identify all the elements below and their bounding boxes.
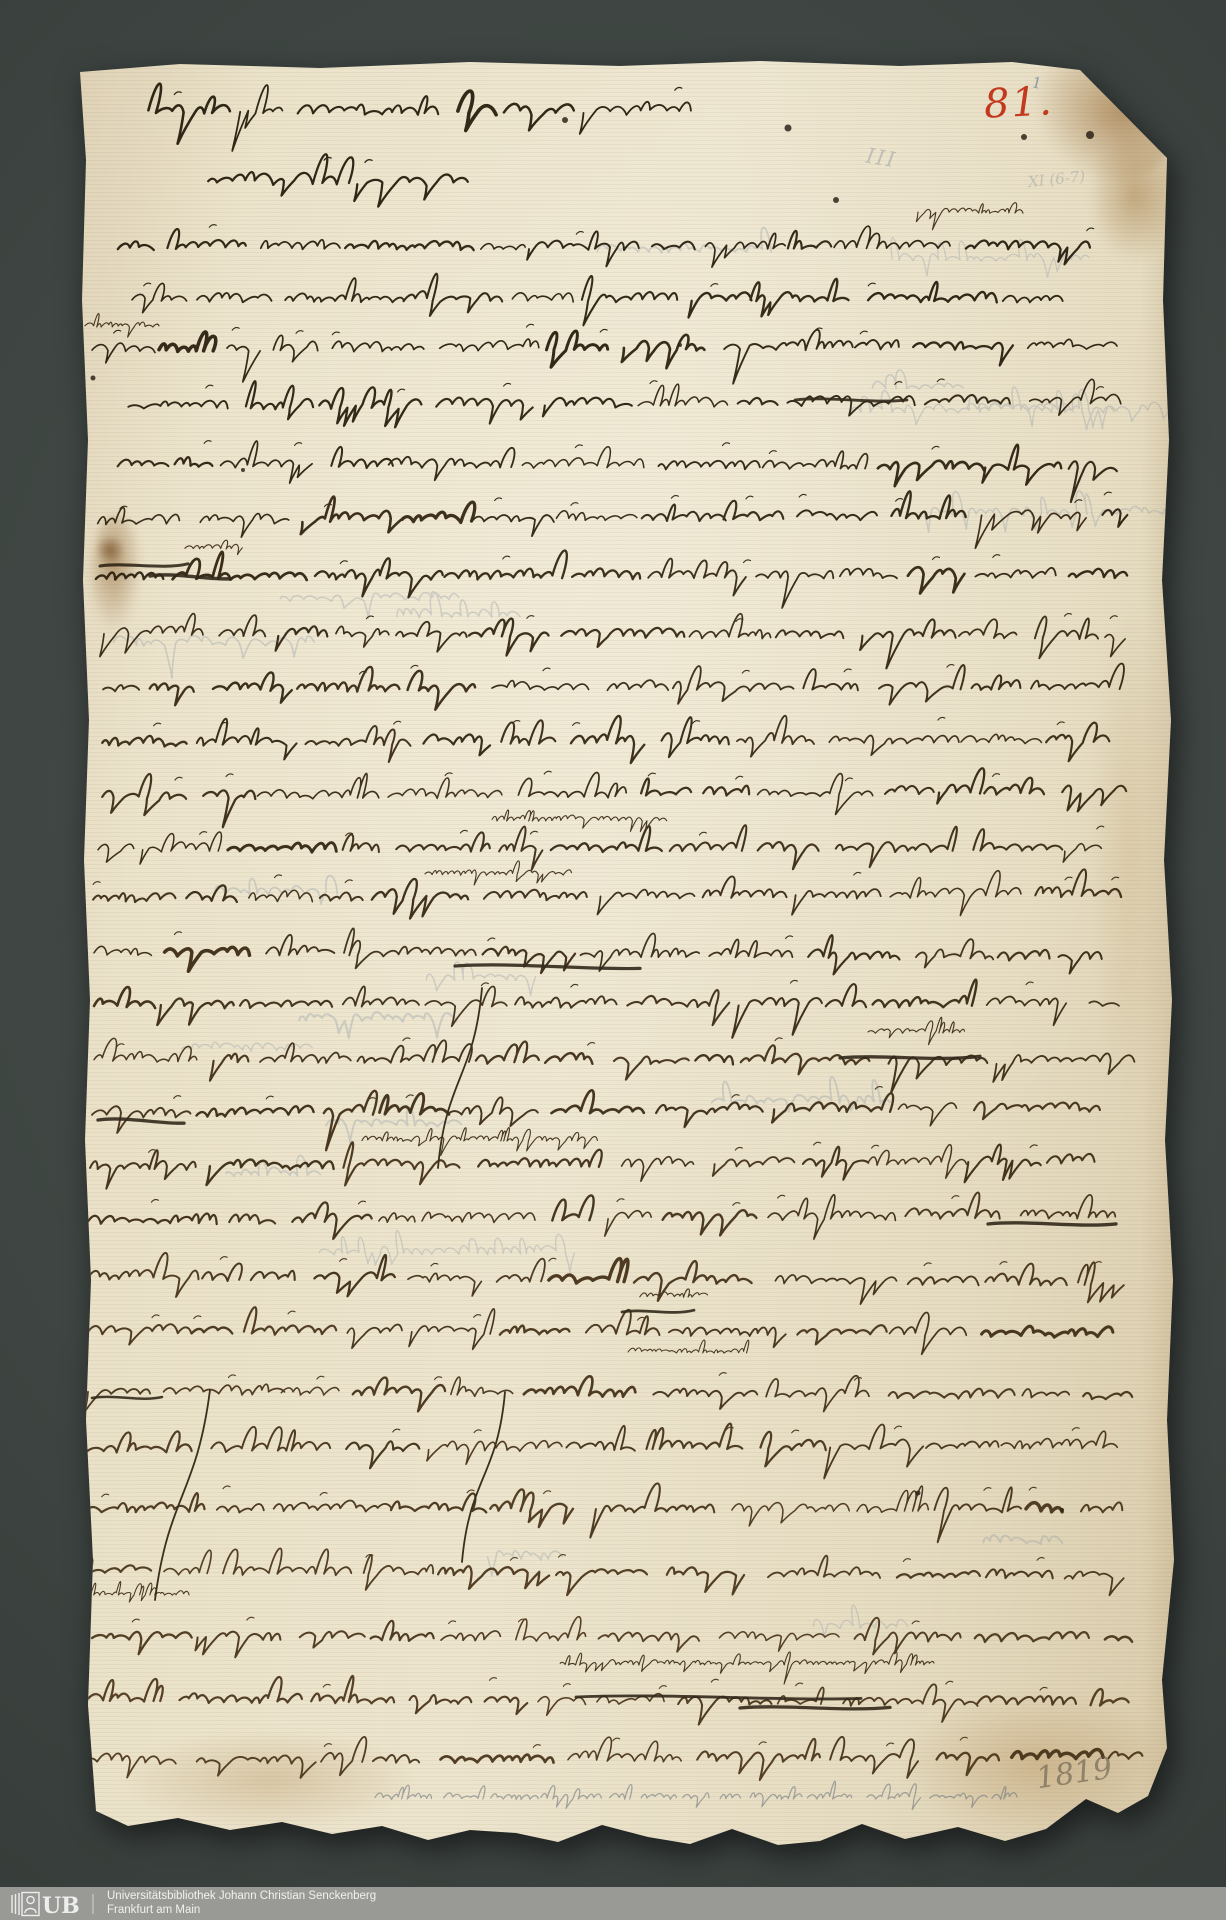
library-name: Universitätsbibliothek Johann Christian … bbox=[107, 1890, 376, 1904]
handwriting-layer bbox=[0, 0, 1226, 1920]
library-attribution-bar: UB Universitätsbibliothek Johann Christi… bbox=[0, 1887, 1226, 1920]
folio-number: 81. bbox=[983, 78, 1055, 128]
manuscript-page: 81. 1 III XI (6-7) 1819 bbox=[0, 0, 1226, 1920]
scan-background: 81. 1 III XI (6-7) 1819 UB Universitätsb… bbox=[0, 0, 1226, 1920]
pencil-numeral-mark: III bbox=[864, 144, 899, 173]
library-city: Frankfurt am Main bbox=[107, 1904, 376, 1918]
library-caption: Universitätsbibliothek Johann Christian … bbox=[107, 1890, 376, 1918]
ub-logo-text: UB bbox=[42, 1893, 80, 1918]
ub-logo: UB bbox=[9, 1890, 97, 1918]
portrait-icon bbox=[27, 1896, 34, 1903]
manuscript-page-wrap: 81. 1 III XI (6-7) 1819 bbox=[0, 0, 1226, 1920]
